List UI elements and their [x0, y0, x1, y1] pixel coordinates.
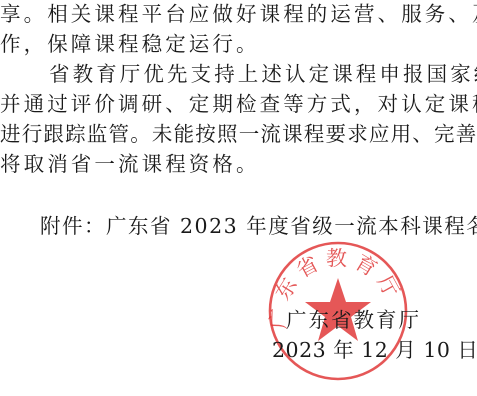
issuer-name: 广东省教育厅	[286, 306, 421, 334]
paragraph1-line2: 作，保障课程稳定运行。	[0, 30, 260, 58]
attachment-line: 附件：广东省 2023 年度省级一流本科课程名单	[40, 212, 477, 240]
issue-date: 2023 年 12 月 10 日	[272, 336, 477, 364]
paragraph2-line2: 并通过评价调研、定期检查等方式，对认定课程的后续建设工作	[0, 90, 477, 118]
paragraph2-line3: 进行跟踪监管。未能按照一流课程要求应用、完善或共享的课程，	[0, 120, 477, 148]
paragraph2-line1: 省教育厅优先支持上述认定课程申报国家级一流本科课程，	[49, 60, 477, 88]
paragraph2-line4: 将取消省一流课程资格。	[0, 150, 260, 178]
paragraph1-line1: 享。相关课程平台应做好课程的运营、服务、及网络安全保障工	[0, 0, 477, 28]
